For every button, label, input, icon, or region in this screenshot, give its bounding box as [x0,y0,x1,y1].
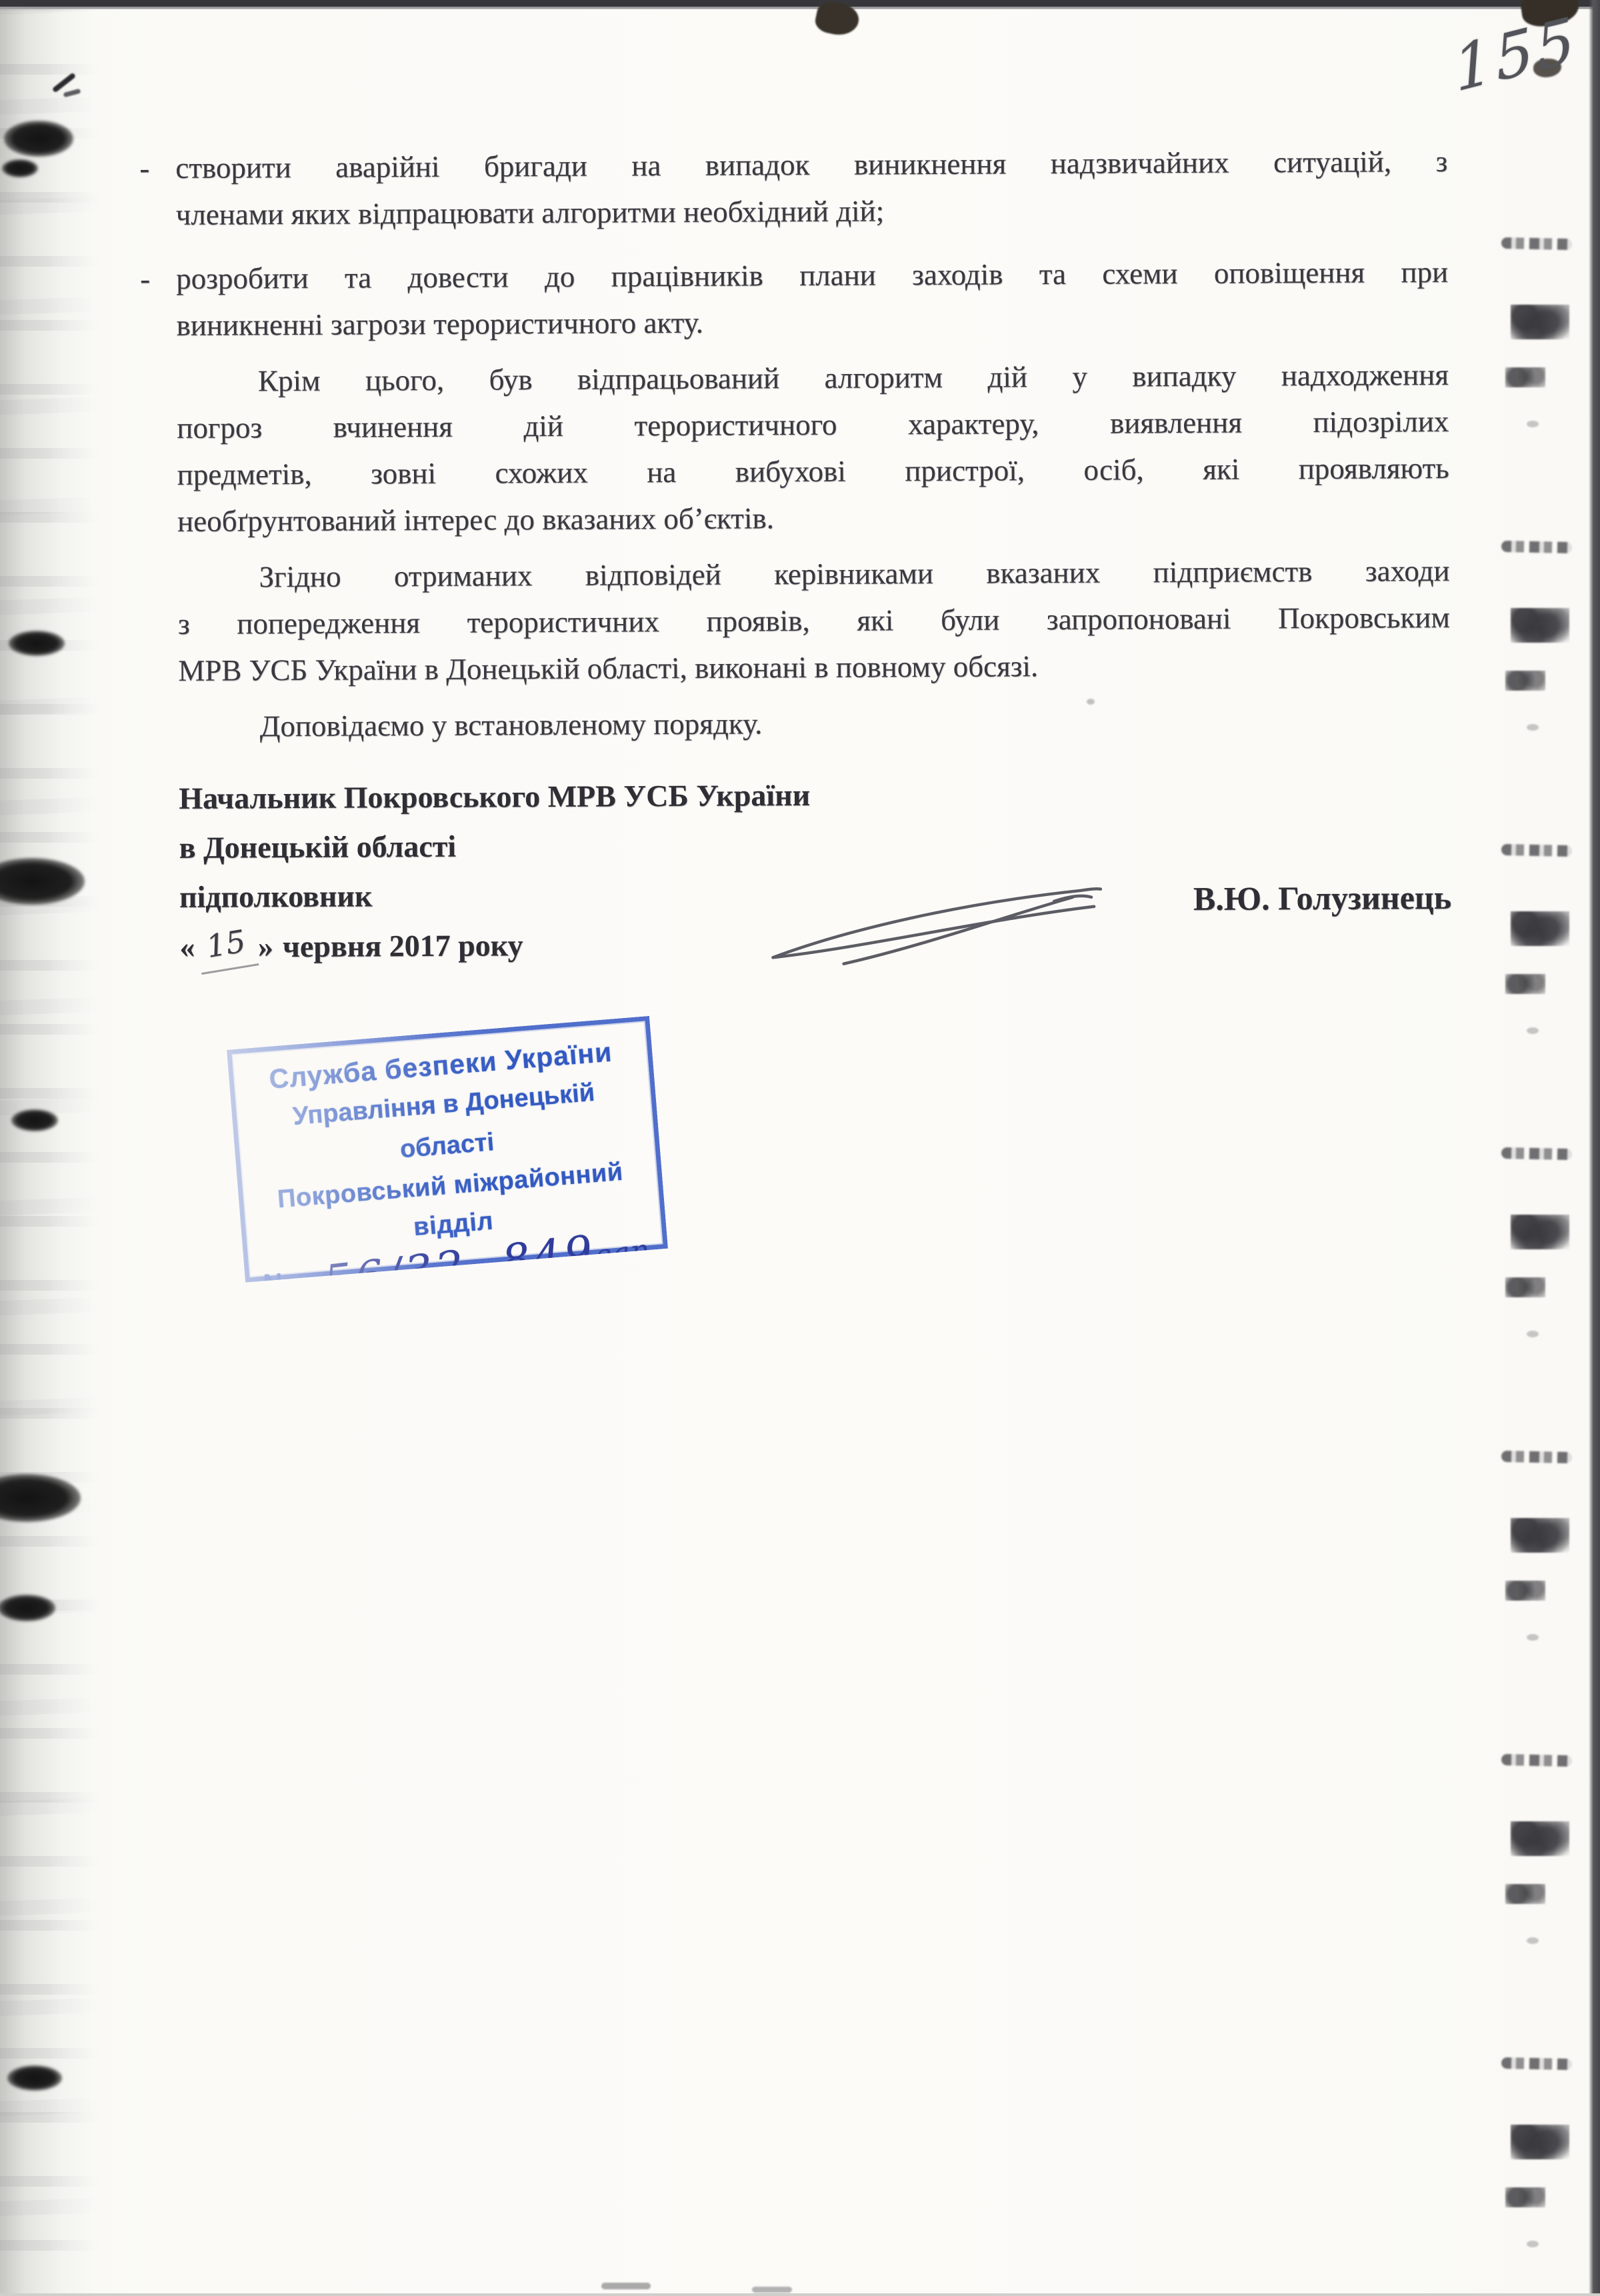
paragraph: Згідно отриманих відповідей керівниками … [177,547,1450,694]
bleed-smudge-block [1511,2125,1569,2159]
bleed-smudge-dash [1501,1451,1572,1463]
signer-title-line: Начальник Покровського МРВ УСБ України [179,767,1451,823]
bullet-dash: - [139,145,149,191]
stamp-handwritten-year: 17 [563,1286,627,1335]
stamp-quote-mark: ” [321,1303,331,1329]
hole-punch-mark [9,631,65,656]
text-line: погроз вчинення дій терористичного харак… [177,398,1449,451]
quote-open: « [179,930,195,964]
text-line: МРВ УСБ України в Донецькій області, вик… [178,641,1450,694]
hole-punch-mark [2,159,38,177]
date-text: червня 2017 року [283,928,523,963]
stamp-number-label: № [262,1263,295,1303]
body-text: - створити аварійні бригади на випадок в… [175,138,1451,750]
bleed-smudge-dash [1501,541,1572,553]
handwritten-day: 15 [193,915,259,975]
text-line: Доповідаємо у встановленому порядку. [179,697,1451,750]
bleed-smudge-small [1505,2187,1545,2207]
text-line: предметів, зовні схожих на вибухові прис… [177,445,1449,498]
handwritten-signature [762,880,1103,972]
bleed-smudge-block [1511,305,1569,339]
bleed-smudge-dash [1501,1754,1572,1767]
bleed-smudge-small [1505,1277,1545,1297]
bleed-speck [1527,2241,1539,2247]
text-line: членами яких відпрацювати алгоритми необ… [175,185,1447,238]
bleed-speck [1527,724,1539,731]
text-line: з попередження терористичних проявів, як… [178,594,1450,647]
handwritten-page-number: 155 [1450,3,1581,106]
text-line: Крім цього, був відпрацьований алгоритм … [177,351,1449,405]
bleed-smudge-block [1511,1821,1569,1856]
bleed-smudge-block [1511,1215,1569,1249]
signer-name: В.Ю. Голузинець [1193,873,1451,923]
stamp-number-suffix: зап [594,1233,652,1273]
list-item: - створити аварійні бригади на випадок в… [175,138,1448,238]
text-line: виникненні загрози терористичного акту. [176,295,1448,349]
bleed-speck [1527,1634,1539,1641]
bleed-smudge-dash [1501,237,1572,250]
paragraph: Крім цього, був відпрацьований алгоритм … [177,351,1449,545]
stamp-date-row: 15 ” 06 20 17 р. [265,1275,656,1352]
bleed-smudge-block [1511,1518,1569,1553]
paragraph: Доповідаємо у встановленому порядку. [179,697,1451,750]
text-line: розробити та довести до працівників план… [176,249,1448,302]
scanned-document-page: { "page": { "number": "155" }, "body": {… [0,0,1600,2296]
list-item: - розробити та довести до працівників пл… [176,249,1449,349]
stamp-day-segment: 15 ” [265,1299,362,1352]
bleed-speck [1527,1937,1539,1944]
bleed-smudge-small [1505,671,1545,691]
bleed-speck [1527,1027,1539,1034]
stamp-year: 20 17 р. [534,1279,656,1331]
bleed-smudge-small [1505,1581,1545,1601]
text-line: Згідно отриманих відповідей керівниками … [177,547,1449,601]
bleed-smudge-small [1505,974,1545,994]
stamp-month-segment: 06 [369,1286,526,1343]
bleed-speck [1527,421,1539,427]
bleed-smudge-block [1511,608,1569,643]
hole-punch-mark [0,1595,55,1621]
bleed-smudge-small [1505,367,1545,387]
bleed-speck [1527,1331,1539,1337]
paper-page: 155 - створити аварійні бригади на випад… [0,0,1600,2296]
stamp-content: Служба безпеки України Управління в Доне… [232,1021,663,1277]
hole-punch-mark [11,1109,58,1131]
bleed-smudge-dash [1501,1147,1572,1160]
stamp: Служба безпеки України Управління в Доне… [227,1016,668,1283]
quote-close: » [258,929,273,963]
text-line: необґрунтований інтерес до вказаних об’є… [177,491,1449,545]
bleed-smudge-small [1505,1884,1545,1904]
bleed-smudge-dash [1501,2057,1572,2070]
text-line: створити аварійні бригади на випадок вин… [175,138,1447,191]
bullet-dash: - [140,255,150,302]
document-content: 155 - створити аварійні бригади на випад… [0,0,1600,2296]
bleed-smudge-dash [1501,844,1572,857]
stamp-year-suffix: р. [629,1287,656,1323]
stamp-handwritten-day: 15 [265,1302,321,1355]
bleed-smudge-block [1511,911,1569,946]
stamp-handwritten-month: 06 [416,1293,475,1340]
hole-punch-mark [4,121,73,157]
stamp-year-prefix: 20 [535,1293,567,1330]
signer-title-line: в Донецькій області [179,817,1451,873]
hole-punch-mark [7,2065,62,2091]
